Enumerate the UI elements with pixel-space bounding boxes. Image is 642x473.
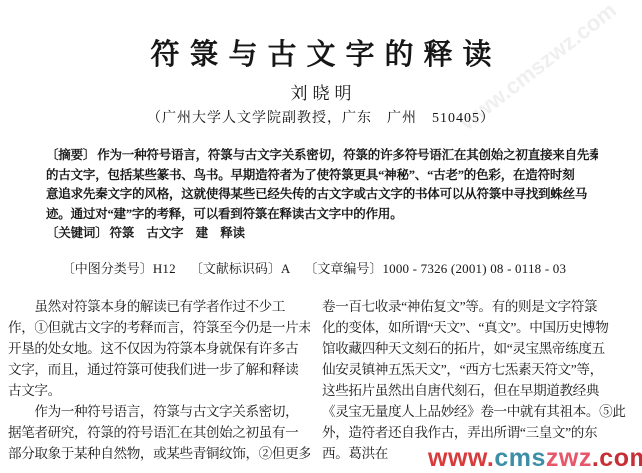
body-line: 卷一百七收录“神佑复文”等。有的则是文字符箓 (322, 296, 638, 317)
body-line: 仙安灵镇神五炁天文”，“西方七炁素天符文”等， (322, 359, 638, 380)
body-line: 这些拓片虽然出自唐代刻石，但在早期道教经典 (322, 380, 638, 401)
abstract-text: 作为一种符号语言，符箓与古文字关系密切，符箓的许多符号语汇在其创始之初直接来自先… (97, 148, 598, 162)
body-line: 作为一种符号语言，符箓与古文字关系密切， (8, 401, 310, 422)
body-line: 作，①但就古文字的考释而言，符箓至今仍是一片未 (8, 317, 310, 338)
body-line: 部分取象于某种自然物，或某些青铜纹饰，②但更多 (8, 443, 310, 464)
abstract-label: 〔摘要〕 (46, 148, 95, 162)
watermark-segment: www. (428, 444, 494, 472)
abstract-line: 〔摘要〕作为一种符号语言，符箓与古文字关系密切，符箓的许多符号语汇在其创始之初直… (46, 146, 598, 166)
body-line: 《灵宝无量度人上品妙经》卷一中就有其祖本。⑤此 (322, 401, 638, 422)
author-affiliation: （广州大学人文学院副教授，广东 广州 510405） (0, 107, 642, 127)
watermark-segment: cms (494, 444, 546, 472)
abstract-line: 意追求先秦文字的风格，这就使得某些已经失传的古文字或古文字的书体可以从符箓中寻找… (46, 185, 598, 205)
body-line: 虽然对符箓本身的解读已有学者作过不少工 (8, 296, 310, 317)
body-line: 文字，而且，通过符箓可使我们进一步了解和释读 (8, 359, 310, 380)
body-line: 化的变体，如所谓“天文”、“真文”。中国历史博物 (322, 317, 638, 338)
watermark-segment: .com (592, 444, 642, 472)
body-line: 古文字。 (8, 380, 310, 401)
body-line: 据笔者研究，符箓的符号语汇在其创始之初虽有一 (8, 422, 310, 443)
doc-code-label: 〔文献标识码〕 (190, 261, 281, 276)
keywords-label: 〔关键词〕 (46, 226, 108, 240)
article-id-value: 1000 - 7326 (2001) 08 - 0118 - 03 (382, 261, 566, 276)
keywords-line: 〔关键词〕符箓 古文字 建 释读 (46, 224, 598, 244)
author-name: 刘晓明 (0, 79, 642, 104)
abstract-block: 〔摘要〕作为一种符号语言，符箓与古文字关系密切，符箓的许多符号语汇在其创始之初直… (46, 146, 598, 244)
site-watermark: www.cmszwz.com (426, 444, 642, 473)
clc-value: H12 (153, 261, 176, 276)
left-column: 虽然对符箓本身的解读已有学者作过不少工 作，①但就古文字的考释而言，符箓至今仍是… (8, 296, 310, 464)
abstract-line: 迹。通过对“建”字的考释，可以看到符箓在释读古文字中的作用。 (46, 205, 598, 225)
clc-label: 〔中图分类号〕 (62, 261, 153, 276)
body-line: 外，造符者还自我作古，弄出所谓“三皇文”的东 (322, 422, 638, 443)
abstract-line: 的古文字，包括某些篆书、鸟书。早期造符者为了使符箓更具“神秘”、“古老”的色彩，… (46, 166, 598, 186)
article-title: 符箓与古文字的释读 (0, 32, 642, 73)
body-line: 开垦的处女地。这不仅因为符箓本身就保有许多古 (8, 338, 310, 359)
watermark-segment: zwz (546, 444, 592, 472)
scanned-paper-page: www.cmszwz.com 符箓与古文字的释读 刘晓明 （广州大学人文学院副教… (0, 0, 642, 473)
keywords-text: 符箓 古文字 建 释读 (110, 226, 245, 240)
right-column: 卷一百七收录“神佑复文”等。有的则是文字符箓 化的变体，如所谓“天文”、“真文”… (322, 296, 638, 464)
article-id-label: 〔文章编号〕 (304, 261, 382, 276)
body-line: 馆收藏四种天文刻石的拓片，如“灵宝黑帝练度五 (322, 338, 638, 359)
doc-code-value: A (281, 261, 291, 276)
two-column-body: 虽然对符箓本身的解读已有学者作过不少工 作，①但就古文字的考释而言，符箓至今仍是… (8, 296, 638, 464)
classification-line: 〔中图分类号〕H12〔文献标识码〕A〔文章编号〕1000 - 7326 (200… (0, 258, 642, 277)
